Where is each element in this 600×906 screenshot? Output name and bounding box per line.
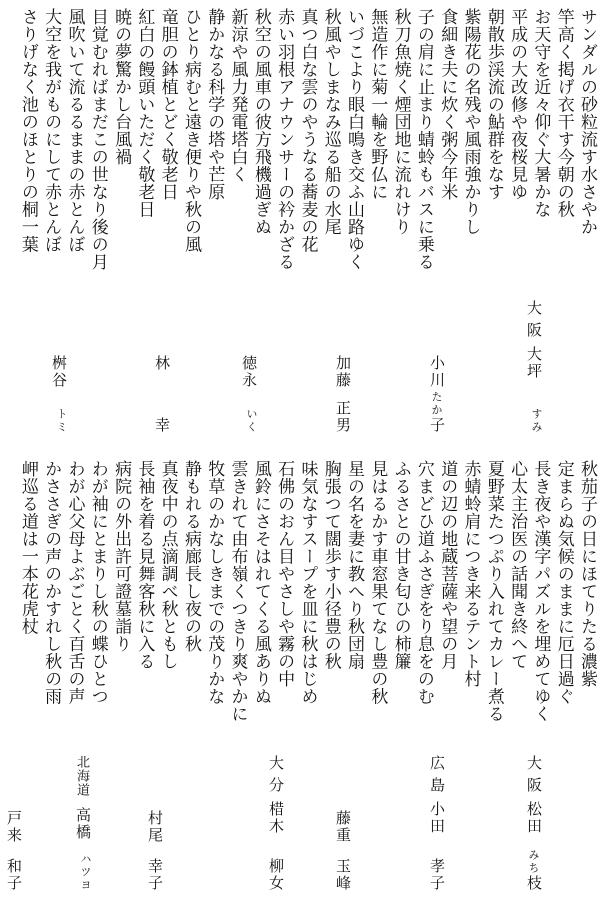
author-surname: 林 <box>151 355 172 372</box>
haiku-column: 病院の外出許可證墓詣り <box>110 460 133 805</box>
author-surname: 藤重 <box>332 810 353 844</box>
haiku-column: ふるさとの甘き匂ひの柿簾 <box>389 460 412 805</box>
author-surname: 高橋 <box>72 807 93 841</box>
haiku-column: 赤い羽根アナウンサーの衿かざる <box>273 8 296 353</box>
haiku-anthology-page: サンダルの砂粒流す水さやか 竿高く掲げ衣干す今朝の秋 お天守を近々仰ぐ大暑かな … <box>0 0 600 906</box>
author-surname: 戸来 <box>3 810 24 844</box>
author-entry: 桝谷 トミ <box>43 300 69 434</box>
haiku-column: 静かなる科学の塔や芒原 <box>203 8 226 353</box>
author-surname: 徳永 <box>238 355 259 389</box>
author-entry: 北海道高橋 ハツヨ <box>67 755 93 892</box>
author-entry: 戸来 和子 <box>0 755 24 892</box>
haiku-column: かささぎの声のかすれし秋の雨 <box>40 460 63 805</box>
author-given-name: 幸子 <box>144 858 165 892</box>
haiku-column: 石佛のおん目やさしや霧の中 <box>273 460 296 805</box>
haiku-column: 真つ白な雲のやうなる蕎麦の花 <box>296 8 319 353</box>
author-prefecture: 広島 <box>426 755 447 799</box>
haiku-column: 竿高く掲げ衣干す今朝の秋 <box>552 8 575 353</box>
author-given-name: いく <box>242 408 259 434</box>
haiku-column: 無造作に菊一輪を野仏に <box>366 8 389 353</box>
haiku-group-upper: サンダルの砂粒流す水さやか 竿高く掲げ衣干す今朝の秋 お天守を近々仰ぐ大暑かな … <box>17 8 599 353</box>
author-entry: 大分棤木 柳女 <box>260 755 286 892</box>
author-entry: 林 幸 <box>146 300 172 434</box>
haiku-column: 味気なすスープを皿に秋はじめ <box>296 460 319 805</box>
author-entry: 村尾 幸子 <box>139 755 165 892</box>
haiku-column: 長き夜や漢字パズルを埋めてゆく <box>529 460 552 805</box>
author-entry: 広島小田 孝子 <box>421 755 447 892</box>
haiku-column: 道の辺の地蔵菩薩や望の月 <box>436 460 459 805</box>
author-surname: 松田 <box>523 801 544 835</box>
author-surname: 村尾 <box>144 810 165 844</box>
haiku-column: 穴まどひ道ふさぎをり息をのむ <box>413 460 436 805</box>
author-prefecture: 大阪 <box>523 300 544 344</box>
haiku-column: 見はるかす車窓果てなし豊の秋 <box>366 460 389 805</box>
haiku-column: 朝散歩渓流の鮎群をなす <box>483 8 506 353</box>
haiku-column: 静もれる病廊長し夜の秋 <box>180 460 203 805</box>
author-surname: 桝谷 <box>48 355 69 389</box>
author-entry: 大阪大坪 すみ <box>518 300 544 434</box>
author-given-name: トミ <box>52 408 69 434</box>
author-entry: 徳永 いく <box>233 300 259 434</box>
author-surname: 加藤 <box>332 355 353 389</box>
haiku-column: 目覚むればまだこの世なり後の月 <box>86 8 109 353</box>
haiku-column: 秋刀魚焼く煙団地に流れけり <box>389 8 412 353</box>
haiku-column: さりげなく池のほとりの桐一葉 <box>17 8 40 353</box>
haiku-column: 暁の夢驚かし台風禍 <box>110 8 133 353</box>
author-prefecture: 大分 <box>265 755 286 799</box>
author-surname: 小川 <box>426 355 447 389</box>
author-prefecture: 北海道 <box>73 755 92 797</box>
author-given-name: 玉峰 <box>332 858 353 892</box>
author-given-name: 幸 <box>151 417 172 434</box>
haiku-column: 夏野菜たつぷり入れてカレー煮る <box>483 460 506 805</box>
haiku-column: 長袖を着る見舞客秋に入る <box>133 460 156 805</box>
author-given-name: 和子 <box>3 858 24 892</box>
haiku-column: 星の名を妻に教へり秋団扇 <box>343 460 366 805</box>
haiku-column: 真夜中の点滴調べ秋ともし <box>156 460 179 805</box>
haiku-column: 秋茄子の日にほてりたる濃紫 <box>576 460 599 805</box>
author-given-name: 孝子 <box>426 858 447 892</box>
haiku-column: 紫陽花の名残や風雨強かりし <box>459 8 482 353</box>
haiku-column: ひとり病むと遠き便りや秋の風 <box>180 8 203 353</box>
haiku-column: 風鈴にさそはれてくる風ありぬ <box>250 460 273 805</box>
author-surname: 大坪 <box>523 346 544 380</box>
haiku-column: 岬巡る道は一本花虎杖 <box>17 460 40 805</box>
haiku-column: わが袖にとまりし秋の蝶ひとつ <box>86 460 109 805</box>
haiku-column: 雲きれて由布嶺くつきり爽やかに <box>226 460 249 805</box>
haiku-group-lower: 秋茄子の日にほてりたる濃紫 定まらぬ気候のままに厄日過ぐ 長き夜や漢字パズルを埋… <box>17 460 599 805</box>
author-prefecture: 大阪 <box>523 755 544 799</box>
author-entry: 大阪松田 みち枝 <box>518 755 544 892</box>
author-given-name: みち枝 <box>523 849 544 892</box>
author-surname: 棤木 <box>265 801 286 835</box>
haiku-column: 定まらぬ気候のままに厄日過ぐ <box>552 460 575 805</box>
author-given-name: たか子 <box>426 391 447 434</box>
haiku-column: わが心父母よぶごとく百舌の声 <box>63 460 86 805</box>
haiku-column: 赤蜻蛉肩につき来るテント村 <box>459 460 482 805</box>
author-entry: 加藤 正男 <box>327 300 353 434</box>
author-given-name: 柳女 <box>265 858 286 892</box>
author-given-name: すみ <box>527 408 544 434</box>
author-given-name: ハツヨ <box>76 853 93 892</box>
author-entry: 藤重 玉峰 <box>327 755 353 892</box>
author-entry: 小川 たか子 <box>421 300 447 434</box>
author-surname: 小田 <box>426 801 447 835</box>
haiku-column: 胸張つて闊歩す小径豊の秋 <box>319 460 342 805</box>
author-given-name: 正男 <box>332 400 353 434</box>
haiku-column: 牧草のかなしきまでの茂りかな <box>203 460 226 805</box>
haiku-column: 心太主治医の話聞き終へて <box>506 460 529 805</box>
haiku-column: サンダルの砂粒流す水さやか <box>576 8 599 353</box>
